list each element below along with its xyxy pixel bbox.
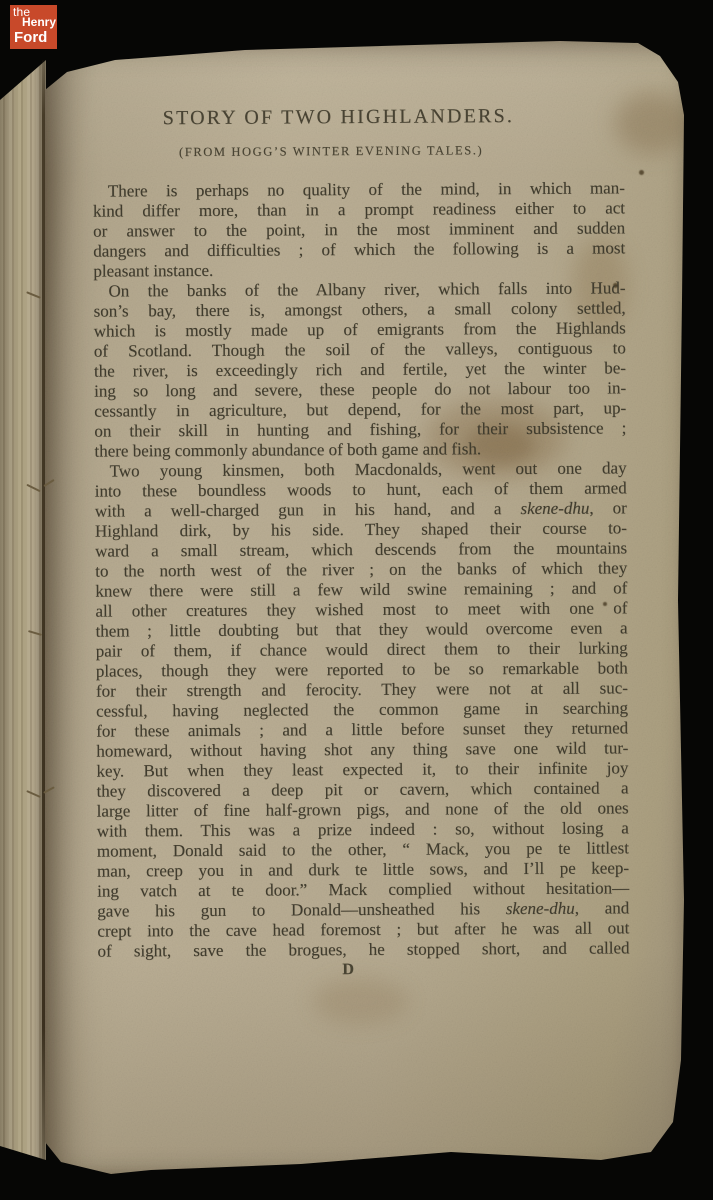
- book-page: STORY OF TWO HIGHLANDERS. (FROM HOGG’S W…: [45, 40, 690, 1180]
- body-text: There is perhaps no quality of the mind,…: [93, 178, 630, 961]
- paragraph: Two young kinsmen, both Macdonalds, went…: [95, 458, 630, 961]
- photo-background: the Henry Ford STORY OF TWO HIGHLANDERS.…: [0, 0, 713, 1200]
- paragraph: There is perhaps no quality of the mind,…: [93, 178, 626, 281]
- paragraph: On the banks of the Albany river, which …: [93, 278, 626, 461]
- page-subtitle: (FROM HOGG’S WINTER EVENING TALES.): [93, 142, 625, 160]
- paper-stain: [615, 92, 690, 154]
- printed-text-block: STORY OF TWO HIGHLANDERS. (FROM HOGG’S W…: [92, 38, 630, 980]
- book-binding-edge: [0, 58, 46, 1163]
- text-line: of sight, save the brogues, he stopped s…: [97, 938, 629, 961]
- page-title: STORY OF TWO HIGHLANDERS.: [92, 104, 624, 130]
- paper-stain: [313, 978, 408, 1024]
- gutter-fold-line: [42, 60, 45, 1160]
- logo-word-ford: Ford: [14, 29, 47, 46]
- text-line: on their skill in hunting and fishing, f…: [94, 418, 626, 441]
- signature-mark: D: [98, 959, 630, 980]
- henry-ford-logo: the Henry Ford: [10, 5, 57, 49]
- text-line: dangers and difficulties ; of which the …: [93, 238, 625, 261]
- foxing-spot: [639, 170, 644, 175]
- logo-word-henry: Henry: [22, 15, 56, 29]
